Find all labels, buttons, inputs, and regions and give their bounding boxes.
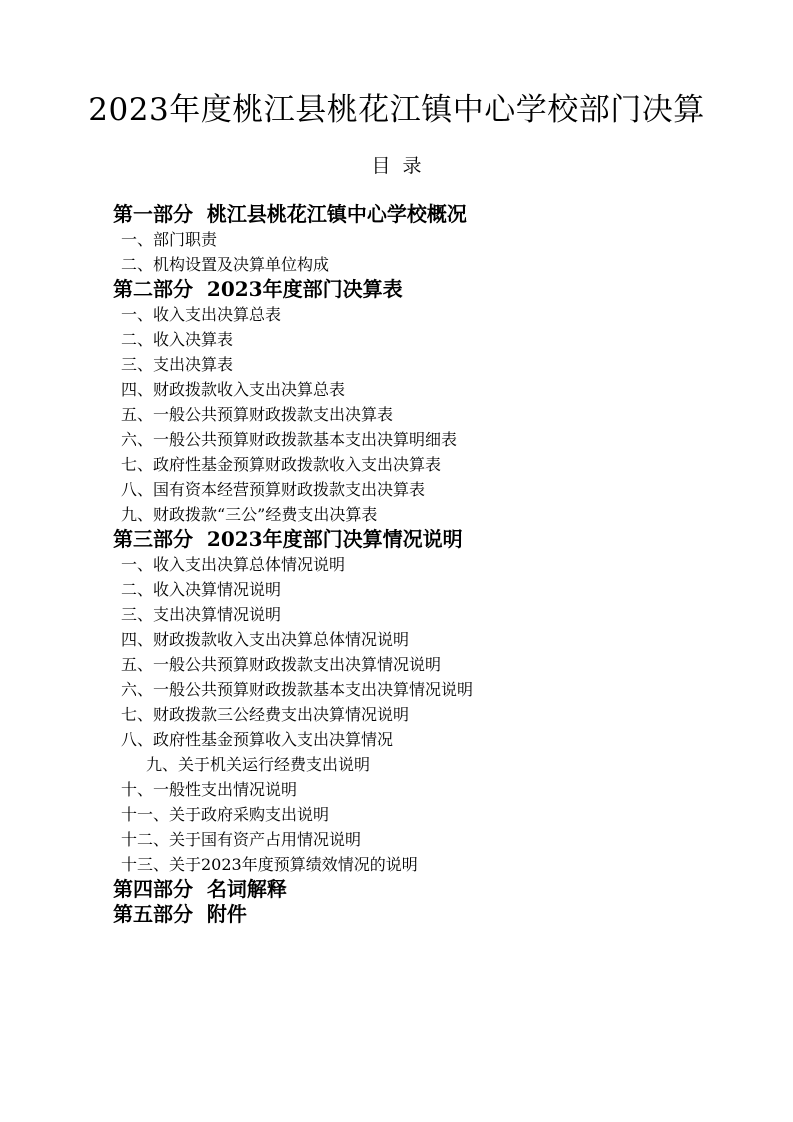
section-heading-part2: 第二部分 2023年度部门决算表 [0,277,793,302]
toc-item: 十二、关于国有资产占用情况说明 [0,827,793,852]
toc-item: 三、支出决算表 [0,352,793,377]
toc-item: 七、政府性基金预算财政拨款收入支出决算表 [0,452,793,477]
toc-item: 三、支出决算情况说明 [0,602,793,627]
toc-item: 四、财政拨款收入支出决算总体情况说明 [0,627,793,652]
toc-item: 一、部门职责 [0,227,793,252]
toc-item: 八、政府性基金预算收入支出决算情况 [0,727,793,752]
section-heading-part5: 第五部分 附件 [0,902,793,927]
toc-item: 六、一般公共预算财政拨款基本支出决算情况说明 [0,677,793,702]
toc-item: 六、一般公共预算财政拨款基本支出决算明细表 [0,427,793,452]
toc-item: 十、一般性支出情况说明 [0,777,793,802]
toc-item: 十三、关于2023年度预算绩效情况的说明 [0,852,793,877]
toc-item: 一、收入支出决算总表 [0,302,793,327]
section-heading-part3: 第三部分 2023年度部门决算情况说明 [0,527,793,552]
toc-item: 五、一般公共预算财政拨款支出决算情况说明 [0,652,793,677]
table-of-contents: 第一部分 桃江县桃花江镇中心学校概况 一、部门职责 二、机构设置及决算单位构成 … [0,202,793,927]
toc-item: 九、关于机关运行经费支出说明 [0,752,793,777]
toc-item: 二、机构设置及决算单位构成 [0,252,793,277]
document-title: 2023年度桃江县桃花江镇中心学校部门决算 [0,0,793,132]
toc-item: 五、一般公共预算财政拨款支出决算表 [0,402,793,427]
section-heading-part4: 第四部分 名词解释 [0,877,793,902]
toc-item: 二、收入决算表 [0,327,793,352]
section-heading-part1: 第一部分 桃江县桃花江镇中心学校概况 [0,202,793,227]
document-page: 2023年度桃江县桃花江镇中心学校部门决算 目 录 第一部分 桃江县桃花江镇中心… [0,0,793,1122]
toc-heading: 目 录 [0,153,793,179]
toc-item: 一、收入支出决算总体情况说明 [0,552,793,577]
toc-item: 十一、关于政府采购支出说明 [0,802,793,827]
toc-item: 九、财政拨款“三公”经费支出决算表 [0,502,793,527]
toc-item: 七、财政拨款三公经费支出决算情况说明 [0,702,793,727]
toc-item: 四、财政拨款收入支出决算总表 [0,377,793,402]
toc-item: 八、国有资本经营预算财政拨款支出决算表 [0,477,793,502]
toc-item: 二、收入决算情况说明 [0,577,793,602]
